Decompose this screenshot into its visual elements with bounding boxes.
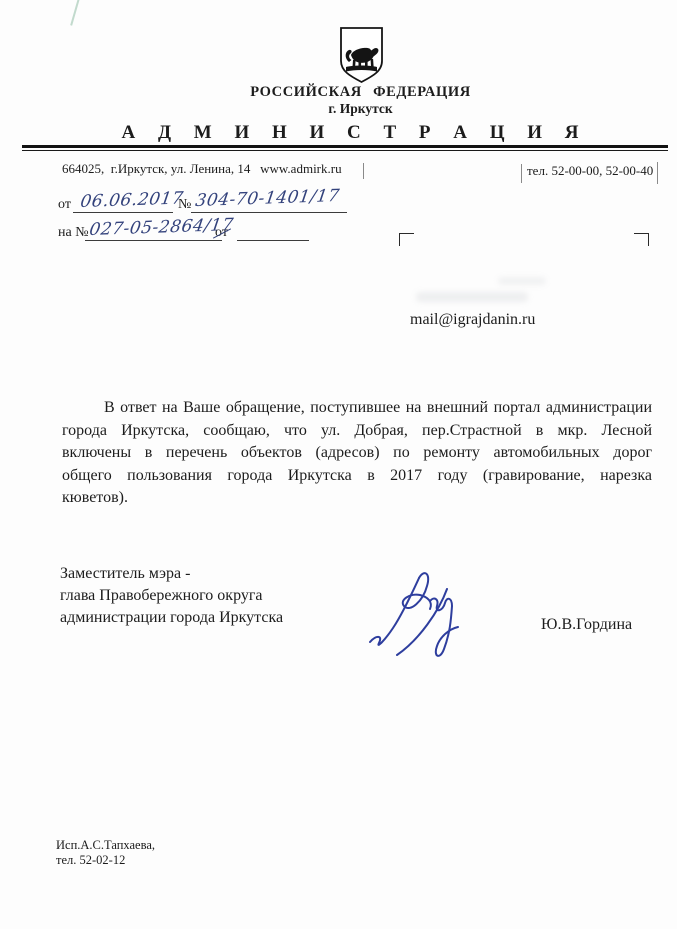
- handwritten-number: 304-70-1401/17: [194, 186, 341, 211]
- scanned-letter-page: РОССИЙСКАЯ ФЕДЕРАЦИЯ г. Иркутск А Д М И …: [0, 0, 677, 929]
- signer-name: Ю.В.Гордина: [541, 616, 632, 634]
- reply-date-underline: [237, 239, 309, 241]
- date-label: от: [58, 197, 71, 213]
- org-phone: тел. 52-00-00, 52-00-40: [527, 163, 653, 179]
- scan-artifact-mark: [70, 0, 80, 26]
- recipient-corner-bracket-left: [399, 233, 414, 246]
- signer-position: Заместитель мэра - глава Правобережного …: [60, 563, 283, 629]
- number-label: №: [178, 197, 191, 213]
- body-line: кюветов).: [62, 487, 652, 510]
- recipient-email: mail@igrajdanin.ru: [410, 311, 535, 329]
- letterhead-divider-tick: [521, 164, 522, 183]
- executor-name: Исп.А.С.Тапхаева,: [56, 838, 155, 853]
- letterhead-divider-tick: [657, 162, 658, 184]
- handwritten-reply-number: 027-05-2864/17: [88, 215, 235, 240]
- executor-block: Исп.А.С.Тапхаева, тел. 52-02-12: [56, 838, 155, 868]
- body-line: В ответ на Ваше обращение, поступившее н…: [62, 397, 652, 420]
- body-line: общего пользования города Иркутска в 201…: [62, 465, 652, 488]
- letterhead-divider-tick: [363, 163, 364, 179]
- org-address: 664025, г.Иркутск, ул. Ленина, 14 www.ad…: [62, 161, 342, 177]
- reply-label: на №: [58, 225, 89, 241]
- signer-position-line: глава Правобережного округа: [60, 585, 283, 607]
- organization-title: А Д М И Н И С Т Р А Ц И Я: [16, 122, 677, 144]
- signer-position-line: Заместитель мэра -: [60, 563, 283, 585]
- city-title: г. Иркутск: [22, 101, 677, 117]
- letter-body: В ответ на Ваше обращение, поступившее н…: [62, 397, 652, 510]
- body-line: города Иркутска, сообщаю, что ул. Добрая…: [62, 420, 652, 443]
- handwritten-date: 06.06.2017: [79, 188, 185, 212]
- executor-phone: тел. 52-02-12: [56, 853, 155, 868]
- erased-text-smudge: [416, 292, 528, 302]
- handwritten-signature: [362, 556, 480, 668]
- erased-text-smudge: [498, 277, 546, 285]
- number-underline: [191, 211, 347, 213]
- letterhead-double-rule: [22, 145, 668, 151]
- signer-position-line: администрации города Иркутска: [60, 607, 283, 629]
- country-title: РОССИЙСКАЯ ФЕДЕРАЦИЯ: [22, 84, 677, 101]
- recipient-corner-bracket-right: [634, 233, 649, 246]
- irkutsk-coat-of-arms-icon: [338, 26, 385, 84]
- body-line: включены в перечень объектов (адресов) п…: [62, 442, 652, 465]
